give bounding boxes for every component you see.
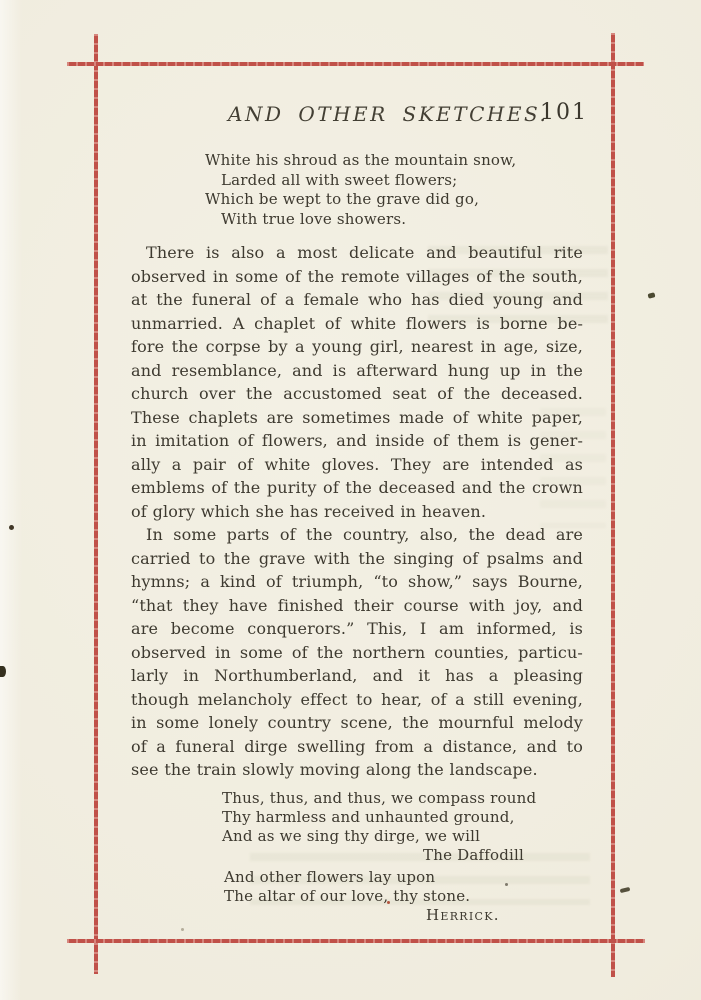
border-line-left — [94, 34, 98, 974]
verse-line: And other flowers lay upon — [222, 868, 536, 887]
body-line: carried to the grave with the singing of… — [131, 547, 583, 571]
verse-line: White his shroud as the mountain snow, — [205, 151, 516, 171]
verse-line: Thy harmless and unhaunted ground, — [222, 808, 536, 827]
body-line: emblems of the purity of the deceased an… — [131, 476, 583, 500]
border-line-top — [67, 62, 644, 66]
ink-speck — [181, 928, 184, 931]
verse-line: With true love showers. — [205, 210, 516, 230]
body-line: in imitation of flowers, and inside of t… — [131, 429, 583, 453]
opening-verse: White his shroud as the mountain snow, L… — [205, 151, 516, 229]
ink-speck — [9, 525, 14, 530]
body-line: There is also a most delicate and beauti… — [131, 241, 583, 265]
verse-line: The altar of our love, thy stone. — [222, 887, 536, 906]
body-line: though melancholy effect to hear, of a s… — [131, 688, 583, 712]
body-line: church over the accustomed seat of the d… — [131, 382, 583, 406]
body-line: observed in some of the northern countie… — [131, 641, 583, 665]
verse-line: And as we sing thy dirge, we will — [222, 827, 536, 846]
ink-speck — [505, 883, 508, 886]
body-line: in some lonely country scene, the mournf… — [131, 711, 583, 735]
verse-line: Thus, thus, and thus, we compass round — [222, 789, 536, 808]
body-line: fore the corpse by a young girl, nearest… — [131, 335, 583, 359]
body-text: There is also a most delicate and beauti… — [131, 241, 583, 782]
page-number: 101 — [540, 100, 588, 125]
closing-verse: Thus, thus, and thus, we compass round T… — [222, 789, 536, 925]
body-line: “that they have finished their course wi… — [131, 594, 583, 618]
body-line: see the train slowly moving along the la… — [131, 758, 583, 782]
body-line: unmarried. A chaplet of white flowers is… — [131, 312, 583, 336]
body-line: These chaplets are sometimes made of whi… — [131, 406, 583, 430]
body-line: In some parts of the country, also, the … — [131, 523, 583, 547]
ink-speck — [387, 901, 390, 904]
verse-line: Larded all with sweet flowers; — [205, 171, 516, 191]
border-line-right — [611, 33, 615, 977]
body-line: of glory which she has received in heave… — [131, 500, 583, 524]
ink-speck — [647, 292, 655, 299]
ink-speck — [620, 887, 631, 893]
body-line: of a funeral dirge swelling from a dista… — [131, 735, 583, 759]
body-line: at the funeral of a female who has died … — [131, 288, 583, 312]
border-line-bottom — [67, 939, 645, 943]
scanned-book-page: AND OTHER SKETCHES. 101 White his shroud… — [0, 0, 701, 1000]
body-line: hymns; a kind of triumph, “to show,” say… — [131, 570, 583, 594]
verse-line: The Daffodill — [222, 846, 536, 865]
running-header-title: AND OTHER SKETCHES. — [228, 102, 548, 126]
body-line: larly in Northumberland, and it has a pl… — [131, 664, 583, 688]
verse-attribution: Herrick. — [222, 906, 536, 925]
page-edge-mark — [0, 666, 6, 677]
body-line: are become conquerors.” This, I am infor… — [131, 617, 583, 641]
body-line: ally a pair of white gloves. They are in… — [131, 453, 583, 477]
body-line: observed in some of the remote villages … — [131, 265, 583, 289]
body-line: and resemblance, and is afterward hung u… — [131, 359, 583, 383]
verse-line: Which be wept to the grave did go, — [205, 190, 516, 210]
